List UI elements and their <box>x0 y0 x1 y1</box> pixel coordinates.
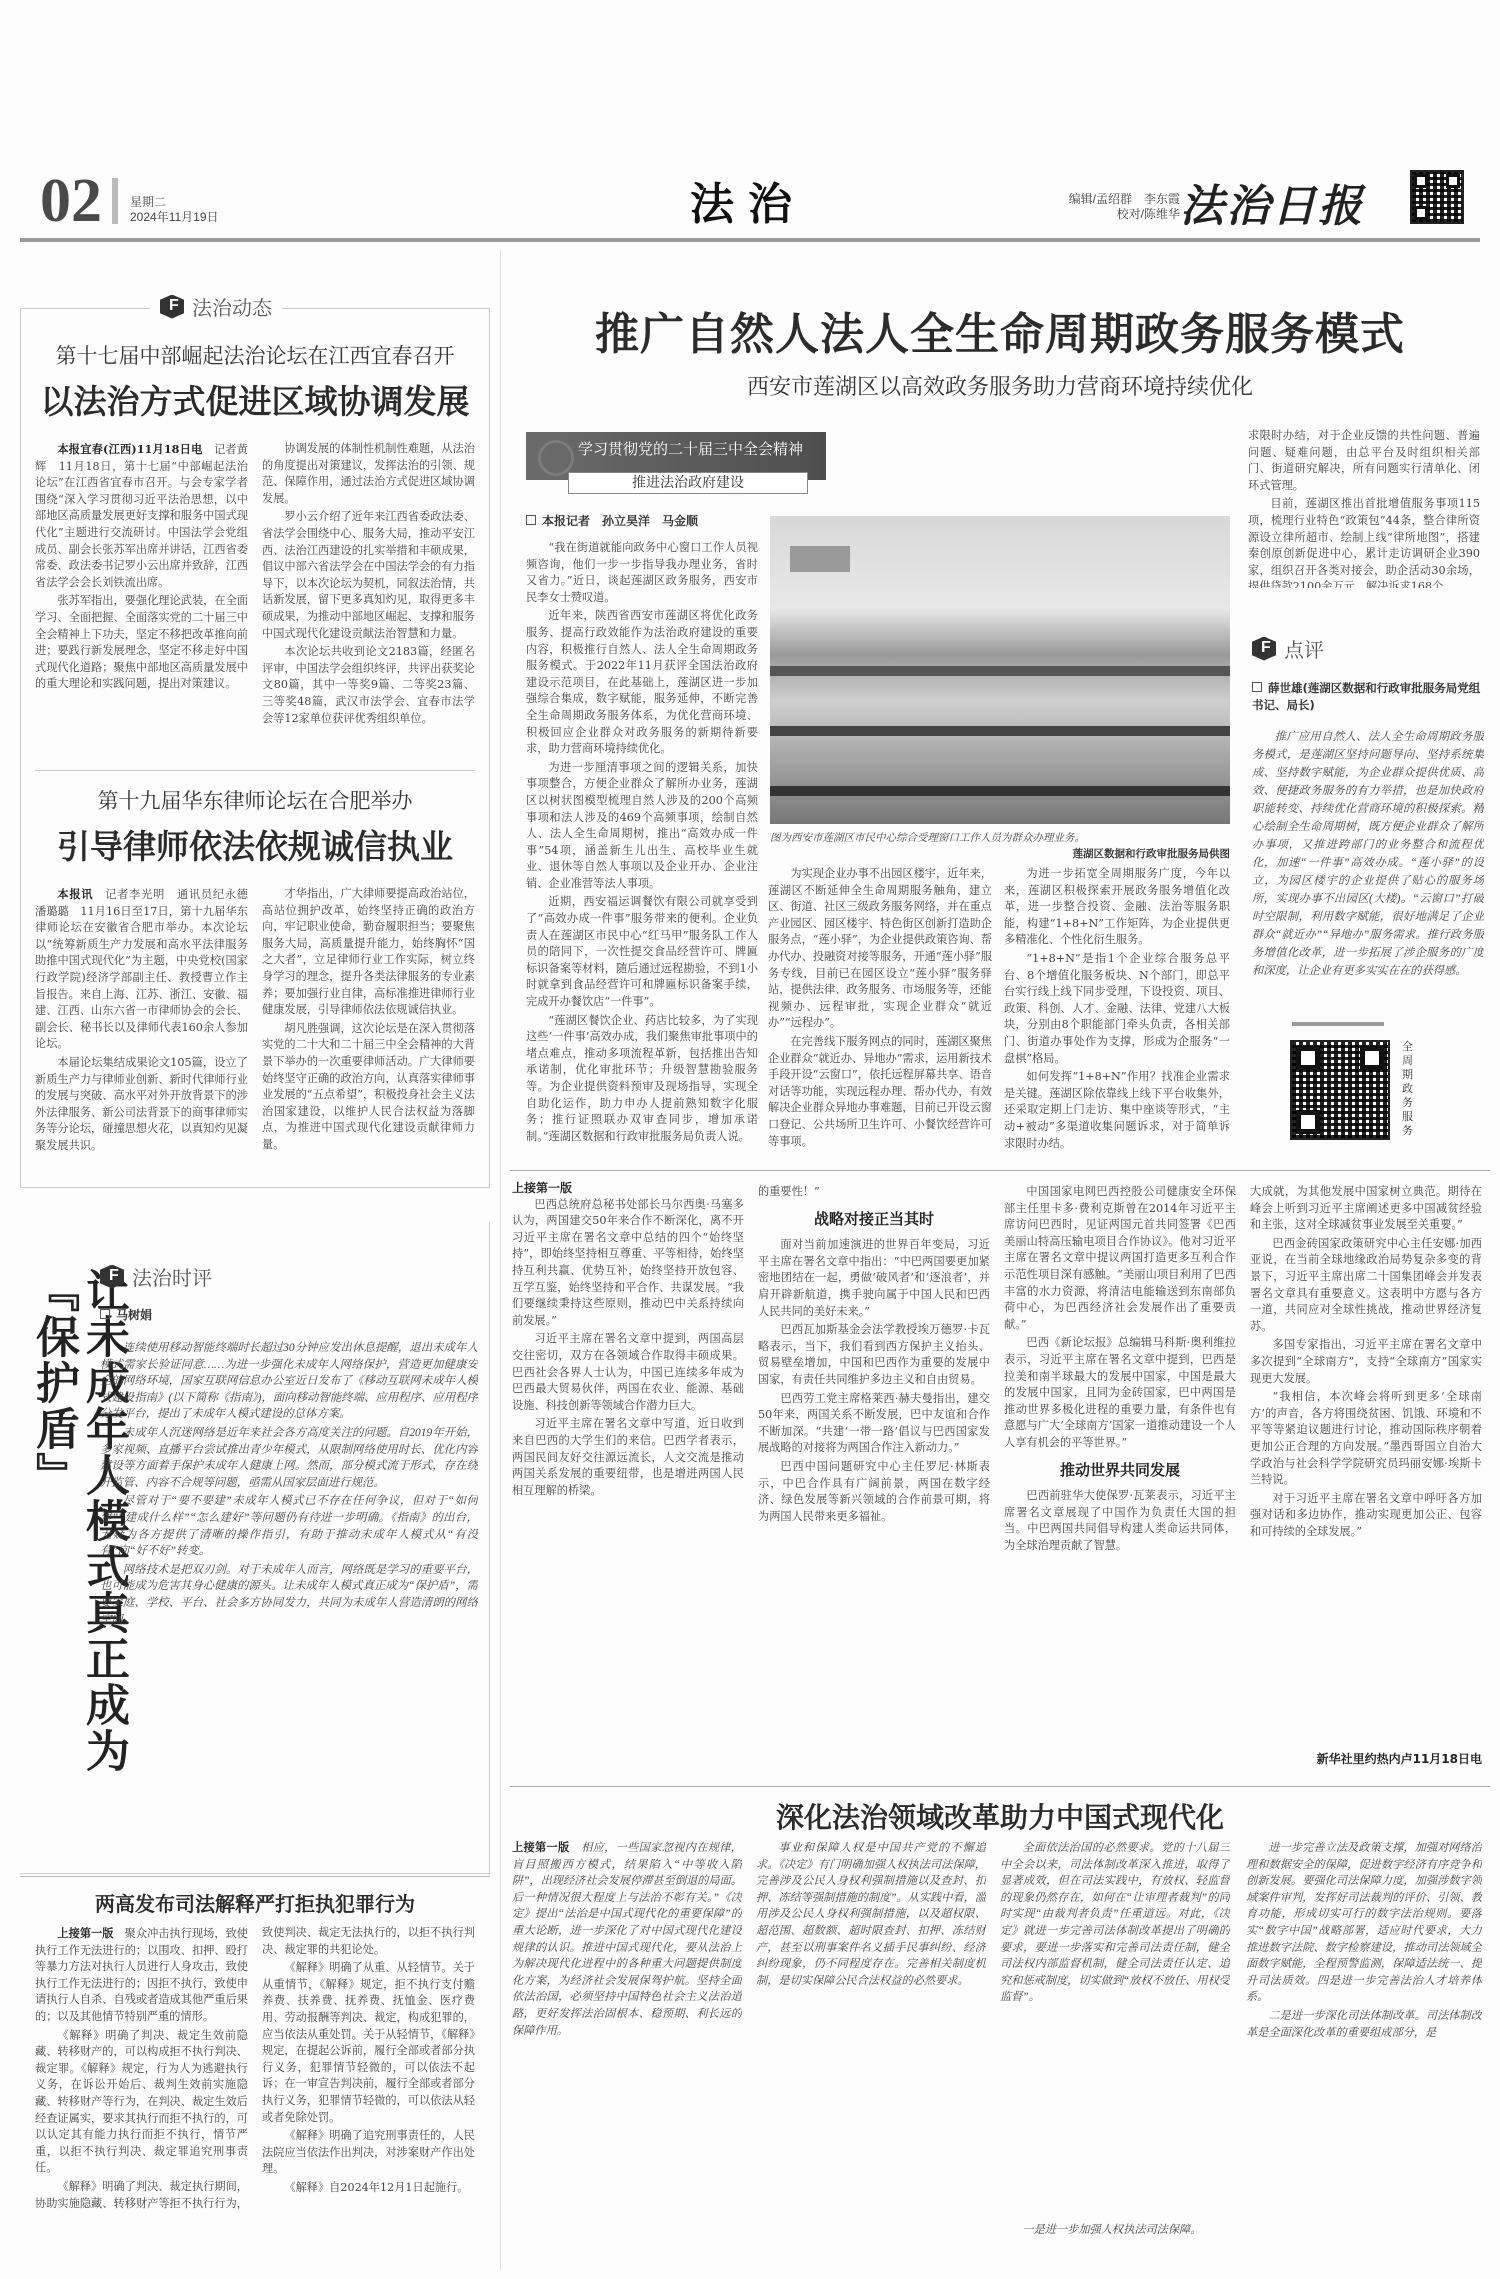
paragraph: 推广应用自然人、法人全生命周期政务服务模式，是莲湖区坚持问题导向、坚持系统集成、… <box>1252 728 1484 980</box>
lead-photo[interactable] <box>770 516 1230 824</box>
paragraph: 如何发挥“1+8+N”作用？找准企业需求是关键。莲湖区除依靠线上线下平台收集外，… <box>1004 1069 1230 1152</box>
paragraph: 《解释》明确了判决、裁定生效前隐藏、转移财产的，可以构成拒不执行判决、裁定罪。《… <box>35 2028 248 2177</box>
paragraph: 连续使用移动智能终端时长超过30分钟应发出休息提醒，退出未成年人模式需家长验证同… <box>100 1340 478 1423</box>
paragraph: 巴西《新论坛报》总编辑马科斯·奥利维拉表示，习近平主席在署名文章中提到，巴西是拉… <box>1004 1335 1236 1451</box>
lead-column-2: 为实现企业办事不出园区楼宇，近年来，莲湖区不断延伸全生命周期服务触角，建立区、街… <box>768 866 992 1156</box>
paragraph: “1+8+N”是指1个企业综合服务总平台、8个增值化服务板块、N个部门，即总平台… <box>1004 951 1230 1067</box>
commentary-header: 法治时评 <box>100 1262 212 1291</box>
paragraph: 一是进一步加强人权执法司法保障。 <box>1000 2222 1230 2239</box>
paragraph: 本届论坛集结成果论文105篇，设立了新质生产力与律师业创新、新时代律师行业的发展… <box>35 1055 248 1155</box>
paragraph: 大成就，为其他发展中国家树立典范。期待在峰会上听到习近平主席阐述更多中国减贫经验… <box>1250 1184 1482 1234</box>
column-divider <box>500 250 501 2270</box>
paragraph: 的重要性！” <box>758 1184 990 1201</box>
divider <box>510 1170 1490 1171</box>
weekday: 星期二 <box>130 195 219 210</box>
divider <box>20 1876 490 1877</box>
masthead-rule <box>20 238 1480 242</box>
article-kicker: 第十九届华东律师论坛在合肥举办 <box>35 785 475 815</box>
star-emblem-icon <box>538 440 574 476</box>
paragraph: 习近平主席在署名文章中写道，近日收到来自巴西的大学生们的来信。巴西学者表示，两国… <box>512 1416 744 1499</box>
byline-box-icon <box>1252 682 1262 692</box>
lead-subheadline: 西安市莲湖区以高效政务服务助力营商环境持续优化 <box>510 370 1490 401</box>
article-body: 本报宜春(江西)11月18日电 记者黄辉 11月18日，第十七届“中部崛起法治论… <box>35 441 475 781</box>
paragraph: 二是进一步深化司法体制改革。司法体制改革是全面深化改革的重要组成部分，是 <box>1246 2008 1482 2041</box>
paragraph: 才华指出，广大律师要提高政治站位，高站位拥护改革，始终坚持正确的政治方向，牢记职… <box>262 886 475 1019</box>
paragraph: 《解释》自2024年12月1日起施行。 <box>262 2180 475 2197</box>
author: 马树娟 <box>116 1308 152 1322</box>
qr-code-icon[interactable] <box>1290 1040 1390 1140</box>
paragraph: 对于习近平主席在署名文章中呼吁各方加强对话和多边协作，推动实现更加公正、包容和可… <box>1250 1491 1482 1541</box>
date: 2024年11月19日 <box>130 210 219 225</box>
brazil-column-3: 中国国家电网巴西控股公司健康安全环保部主任里卡多·费利克斯曾在2014年习近平主… <box>1004 1184 1236 1860</box>
photo-credit: 莲湖区数据和行政审批服务局供图 <box>770 846 1230 861</box>
lead-byline: 本报记者 孙立昊洋 马金顺 <box>526 512 698 529</box>
judicial-headline[interactable]: 深化法治领域改革助力中国式现代化 <box>510 1796 1490 1836</box>
article-body: 本报讯 记者李光明 通讯员纪永德 潘璐璐 11月16日至17日，第十九届华东律师… <box>35 886 475 1216</box>
paragraph: 《解释》明确了追究刑事责任的，人民法院应当依法作出判决，对涉案财产作出处理。 <box>262 2128 475 2178</box>
column-label: 点评 <box>1284 634 1324 663</box>
dateline: 本报讯 <box>57 887 93 901</box>
proofreader: 校对/陈维华 <box>1000 207 1180 222</box>
lead-column-4: 求限时办结，对于企业反馈的共性问题、普遍问题、疑难问题，由总平台及时组织相关部门… <box>1248 428 1480 588</box>
dispatch-credit: 新华社里约热内卢11月18日电 <box>1250 1750 1482 1767</box>
paragraph: 巴西总统府总秘书处部长马尔西奥·马塞多认为，两国建交50年来合作不断深化，离不开… <box>512 1197 744 1330</box>
paragraph: 11月18日，第十七届“中部崛起法治论坛”在江西省宜春市召开。与会专家学者围绕“… <box>35 460 248 589</box>
paragraph: 求限时办结，对于企业反馈的共性问题、普遍问题、疑难问题，由总平台及时组织相关部门… <box>1248 428 1480 494</box>
newspaper-logo: 法治日报 <box>1180 170 1364 234</box>
continued-label: 上接第一版 <box>512 1180 744 1197</box>
paragraph: 全面依法治国的必然要求。党的十八届三中全会以来，司法体制改革深入推进，取得了显著… <box>1000 1840 1230 2006</box>
paragraph: 11月16日至17日，第十九届华东律师论坛在安徽省合肥市举办。本次论坛以“统筹新… <box>35 905 259 1051</box>
issue-date: 星期二 2024年11月19日 <box>130 195 219 225</box>
column-label: 法治时评 <box>132 1262 212 1291</box>
dateline: 本报宜春(江西)11月18日电 <box>57 442 202 456</box>
paragraph: 巴西瓦加斯基金会法学教授埃万德罗·卡瓦略表示，当下，我们看到西方保护主义抬头、贸… <box>758 1322 990 1388</box>
divider <box>510 1786 1490 1787</box>
paragraph: 中国国家电网巴西控股公司健康安全环保部主任里卡多·费利克斯曾在2014年习近平主… <box>1004 1184 1236 1333</box>
paragraph: 罗小云介绍了近年来江西省委政法委、省法学会围绕中心、服务大局，推动平安江西、法治… <box>262 509 475 642</box>
comment-author: 薛世雄(莲湖区数据和行政审批服务局党组书记、局长) <box>1252 680 1484 714</box>
article-headline[interactable]: 两高发布司法解释严打拒执犯罪行为 <box>35 1888 475 1917</box>
paragraph: 聚众冲击执行现场，致使执行工作无法进行的；以围攻、扣押、殴打等暴力方法对执行人员… <box>35 1927 248 2023</box>
paragraph: 为进一步厘清事项之间的逻辑关系，加快事项整合，方便企业群众了解所办业务，莲湖区以… <box>526 760 758 893</box>
paragraph: 在完善线下服务网点的同时，莲湖区聚焦企业群众“就近办、异地办”需求，运用新技术手… <box>768 1034 992 1150</box>
article-judicial-interpretation: 两高发布司法解释严打拒执犯罪行为 上接第一版 聚众冲击执行现场，致使执行工作无法… <box>35 1888 475 2279</box>
page-number-divider <box>112 178 118 224</box>
paragraph: 本次论坛共收到论文2183篇，经匿名评审，中国法学会组织终评，共评出获奖论文80… <box>262 644 475 727</box>
column-label: 法治动态 <box>192 292 272 321</box>
paragraph: 尽管对于“要不要建”未成年人模式已不存在任何争议，但对于“如何建”“建成什么样”… <box>100 1493 478 1559</box>
photo-caption: 图为西安市莲湖区市民中心综合受理窗口工作人员为群众办理业务。 <box>770 830 1230 845</box>
subheading: 战略对接正当其时 <box>758 1211 990 1228</box>
byline-box-icon <box>526 515 536 525</box>
article-central-forum: 第十七届中部崛起法治论坛在江西宜春召开 以法治方式促进区域协调发展 本报宜春(江… <box>35 340 475 781</box>
judicial-column-2: 事业和保障人权是中国共产党的不懈追求。《决定》有门明确加强人权执法司法保障，完善… <box>756 1840 986 2260</box>
brazil-column-4: 大成就，为其他发展中国家树立典范。期待在峰会上听到习近平主席阐述更多中国减贫经验… <box>1250 1184 1482 1744</box>
article-east-china-lawyers: 第十九届华东律师论坛在合肥举办 引导律师依法依规诚信执业 本报讯 记者李光明 通… <box>35 785 475 1216</box>
section-title: 法治 <box>690 168 806 232</box>
paragraph: 多国专家指出，习近平主席在署名文章中多次提到“全球南方”，支持“全球南方”国家实… <box>1250 1337 1482 1387</box>
paragraph: 巴西中国问题研究中心主任罗尼·林斯表示，中巴合作具有广阔前景，两国在数字经济、绿… <box>758 1459 990 1525</box>
paragraph: 面对当前加速演进的世界百年变局，习近平主席在署名文章中指出：“中巴两国要更加紧密… <box>758 1237 990 1320</box>
paragraph: 巴西劳工党主席格莱西·赫夫曼指出，建交50年来，两国关系不断发展，巴中友谊和合作… <box>758 1391 990 1457</box>
newspaper-page: 02 星期二 2024年11月19日 法治 编辑/孟绍群 李东霞 校对/陈维华 … <box>0 0 1500 2279</box>
paragraph: 张苏军指出，要强化理论武装，在全面学习、全面把握、全面落实党的二十届三中全会精神… <box>35 593 248 693</box>
banner-title: 学习贯彻党的二十届三中全会精神 <box>578 438 803 459</box>
continued-label: 上接第一版 <box>57 1926 113 1940</box>
paragraph: 习近平主席在署名文章中提到，两国高层交往密切，双方在各领域合作取得丰硕成果。巴西… <box>512 1331 744 1414</box>
paragraph: “我在街道就能向政务中心窗口工作人员视频咨询，他们一步一步指导我办理业务，省时又… <box>526 540 758 606</box>
paragraph: 未成年人沉迷网络是近年来社会各方高度关注的问题。自2019年开始，多家视频、直播… <box>100 1425 478 1491</box>
article-body: 上接第一版 聚众冲击执行现场，致使执行工作无法进行的；以围攻、扣押、殴打等暴力方… <box>35 1925 475 2279</box>
lead-headline[interactable]: 推广自然人法人全生命周期政务服务模式 <box>510 298 1490 362</box>
paragraph: 事业和保障人权是中国共产党的不懈追求。《决定》有门明确加强人权执法司法保障，完善… <box>756 1840 986 1989</box>
paragraph: 网络技术是把双刃剑。对于未成年人而言，网络既是学习的重要平台，也可能成为危害其身… <box>100 1562 478 1628</box>
qr-code-icon[interactable] <box>1410 170 1464 224</box>
byline-text: 本报记者 孙立昊洋 马金顺 <box>542 514 698 528</box>
judicial-column-3: 全面依法治国的必然要求。党的十八届三中全会以来，司法体制改革深入推进，取得了显著… <box>1000 1840 1230 2220</box>
qr-label: 全周期政务服务 <box>1402 1040 1418 1138</box>
editor-credits: 编辑/孟绍群 李东霞 校对/陈维华 <box>1000 192 1180 222</box>
divider <box>35 770 475 771</box>
comment-body: 推广应用自然人、法人全生命周期政务服务模式，是莲湖区坚持问题导向、坚持系统集成、… <box>1252 728 1484 1018</box>
paragraph: “莲湖区餐饮企业、药店比较多，为了实现这些‘一件事’高效办成，我们聚焦审批事项中… <box>526 1013 758 1146</box>
judicial-column-3-tail: 一是进一步加强人权执法司法保障。 <box>1000 2222 1230 2241</box>
f-logo-icon <box>100 1265 124 1289</box>
paragraph: 胡凡胜强调，这次论坛是在深入贯彻落实党的二十大和二十届三中全会精神的大背景下举办… <box>262 1021 475 1154</box>
banner-subtitle: 推进法治政府建设 <box>568 472 808 494</box>
article-kicker: 第十七届中部崛起法治论坛在江西宜春召开 <box>35 340 475 370</box>
page-number: 02 <box>40 170 102 232</box>
paragraph: “我相信，本次峰会将听到更多‘全球南方’的声音，各方将围绕贫困、饥饿、环境和不平… <box>1250 1389 1482 1489</box>
paragraph: 协调发展的体制性机制性难题，从法治的角度提出对策建议，发挥法治的引领、规范、保障… <box>262 441 475 507</box>
judicial-column-4: 进一步完善立法及政策支撑，加强对网络治理和数据安全的保障，促进数字经济有序竞争和… <box>1246 1840 1482 2260</box>
brazil-column-1: 上接第一版 巴西总统府总秘书处部长马尔西奥·马塞多认为，两国建交50年来合作不断… <box>512 1180 744 1860</box>
comment-author-text: 薛世雄(莲湖区数据和行政审批服务局党组书记、局长) <box>1252 681 1480 712</box>
paragraph: 《解释》明确了从重、从轻情节。关于从重情节，《解释》规定，拒不执行支付赡养费、扶… <box>262 1960 475 2126</box>
judicial-column-1: 上接第一版 相应，一些国家忽视内在规律，盲目照搬西方模式，结果陷入“中等收入陷阱… <box>512 1840 742 2260</box>
paragraph: 为实现企业办事不出园区楼宇，近年来，莲湖区不断延伸全生命周期服务触角，建立区、街… <box>768 866 992 1032</box>
subheading: 推动世界共同发展 <box>1004 1462 1236 1479</box>
paragraph: 目前，莲湖区推出首批增值服务事项115项，梳理行业特色“政策包”44条，整合律所… <box>1248 496 1480 588</box>
paragraph: 进一步完善立法及政策支撑，加强对网络治理和数据安全的保障，促进数字经济有序竞争和… <box>1246 1840 1482 2006</box>
paragraph: 巴西前驻华大使保罗·瓦莱表示，习近平主席署名文章展现了中国作为负责任大国的担当。… <box>1004 1488 1236 1554</box>
editors: 编辑/孟绍群 李东霞 <box>1000 192 1180 207</box>
legal-dynamics-header: 法治动态 <box>150 292 282 321</box>
photo-counter <box>770 786 1230 796</box>
lead-column-3: 为进一步拓宽全周期服务广度，今年以来，莲湖区积极探索开展政务服务增值化改革，进一… <box>1004 866 1230 1156</box>
comment-end-rule <box>1292 1022 1384 1026</box>
article-headline[interactable]: 引导律师依法依规诚信执业 <box>35 821 475 868</box>
f-logo-icon <box>160 295 184 319</box>
f-logo-icon <box>1252 637 1276 661</box>
lead-column-1: “我在街道就能向政务中心窗口工作人员视频咨询，他们一步一步指导我办理业务，省时又… <box>526 540 758 1160</box>
brazil-column-2: 的重要性！” 战略对接正当其时 面对当前加速演进的世界百年变局，习近平主席在署名… <box>758 1184 990 1860</box>
continued-label: 上接第一版 <box>512 1841 570 1854</box>
paragraph: 为进一步拓宽全周期服务广度，今年以来，莲湖区积极探索开展政务服务增值化改革，进一… <box>1004 866 1230 949</box>
paragraph: 近期，西安福运调餐饮有限公司就享受到了“高效办成一件事”服务带来的便利。企业负责… <box>526 894 758 1010</box>
comment-header: 点评 <box>1252 634 1324 663</box>
photo-sign <box>790 546 850 572</box>
article-headline[interactable]: 以法治方式促进区域协调发展 <box>35 376 475 423</box>
paragraph: 相应，一些国家忽视内在规律，盲目照搬西方模式，结果陷入“中等收入陷阱”，出现经济… <box>512 1842 742 2037</box>
commentary-byline: 马树娟 <box>100 1306 152 1323</box>
byline-box-icon <box>100 1309 110 1319</box>
photo-counter <box>770 726 1230 736</box>
paragraph: 近年来，陕西省西安市莲湖区将优化政务服务、提高行政效能作为法治政府建设的重要内容… <box>526 608 758 757</box>
commentary-body: 连续使用移动智能终端时长超过30分钟应发出休息提醒，退出未成年人模式需家长验证同… <box>100 1340 478 1860</box>
photo-counter <box>770 666 1230 676</box>
paragraph: 巴西金砖国家政策研究中心主任安娜·加西亚说，在当前全球地缘政治局势复杂多变的背景… <box>1250 1236 1482 1336</box>
